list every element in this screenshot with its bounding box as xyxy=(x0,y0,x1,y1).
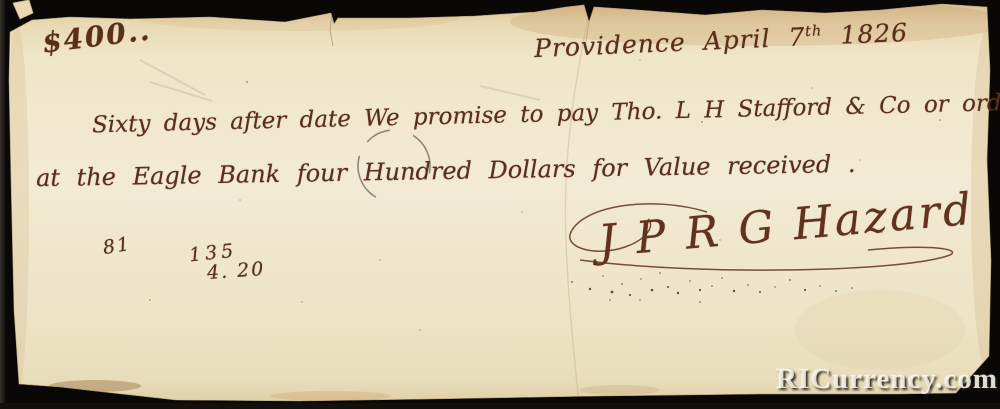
stain-top-left-band xyxy=(140,5,460,31)
docket-number-1: 81 xyxy=(102,234,133,259)
docket-number-3: 4. 20 xyxy=(206,259,266,284)
stain-left-edge xyxy=(5,25,29,395)
ricurrency-watermark: RICurrency.com xyxy=(776,363,998,396)
stain-bottom-left-smudge xyxy=(49,380,141,392)
stain-bottom-center xyxy=(270,391,390,401)
dateline-ordinal-suffix: th xyxy=(805,23,823,40)
stain-bottom-mid xyxy=(580,385,660,395)
stain-lower-right xyxy=(795,290,965,370)
photo-of-promissory-note: $400.. Providence April 7th 1826 Sixty d… xyxy=(0,0,1000,409)
dateline-year: 1826 xyxy=(822,18,909,51)
paper-tear-fragment xyxy=(13,0,33,19)
